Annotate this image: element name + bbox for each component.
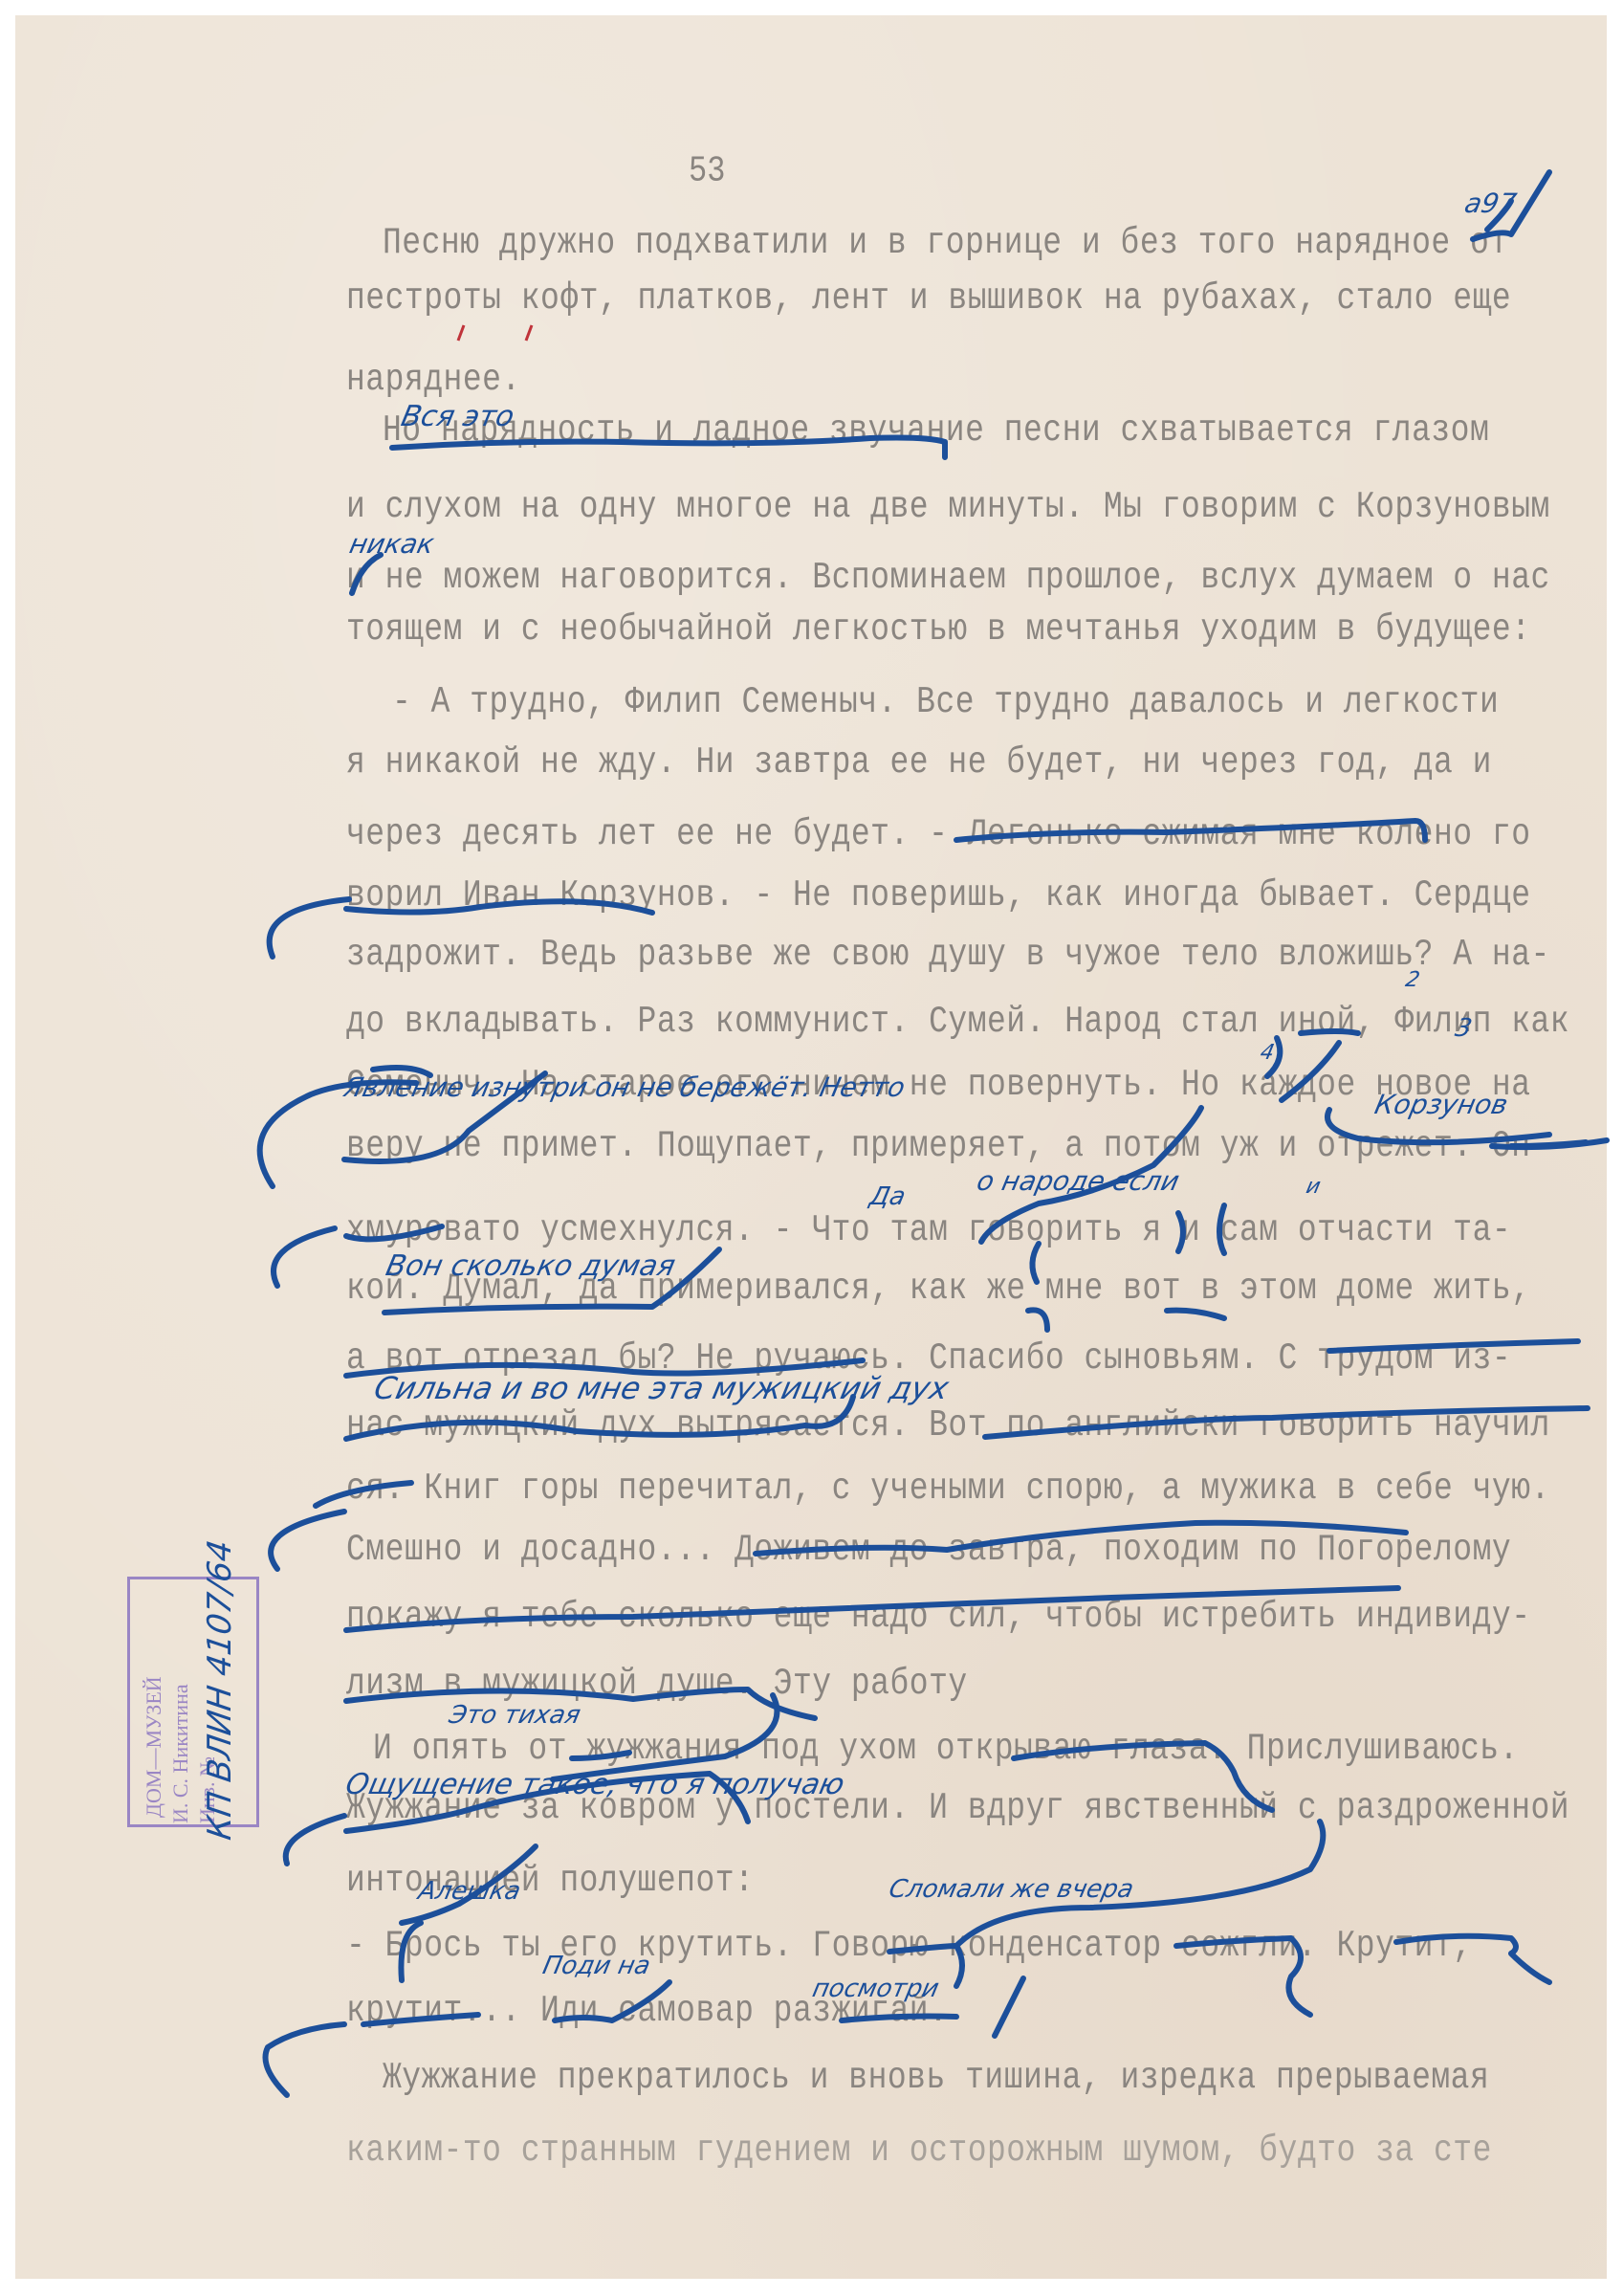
typed-line: - А трудно, Филип Семеныч. Все трудно да… (392, 681, 1499, 723)
handwritten-note: Явление изнутри он не бережёт. Нетто (340, 1071, 908, 1103)
handwritten-note: о народе если (974, 1165, 1182, 1197)
handwritten-note: Это тихая (447, 1701, 583, 1730)
stamp-line-name: И. С. Никитина (168, 1684, 193, 1823)
typed-line: ся. Книг горы перечитал, с учеными спорю… (346, 1468, 1550, 1510)
handwritten-note: Алешка (416, 1877, 523, 1906)
typed-line: покажу я тебе сколько еще надо сил, чтоб… (346, 1596, 1531, 1638)
typed-line: хмуровато усмехнулся. - Что там говорить… (346, 1209, 1511, 1251)
handwritten-note: Корзунов (1371, 1089, 1510, 1120)
typed-line: - Брось ты его крутить. Говорю конденсат… (346, 1925, 1473, 1967)
typed-line: лизм в мужицкой душе. Эту работу (346, 1663, 968, 1705)
typed-line: И опять от жужжания под ухом открываю гл… (373, 1728, 1519, 1770)
handwritten-note: Вся это (398, 400, 516, 433)
typed-line: нас мужицкий дух вытрясается. Вот по анг… (346, 1404, 1550, 1446)
typed-line: Песню дружно подхватили и в горнице и бе… (383, 222, 1509, 264)
stamp-line-museum: ДОМ—МУЗЕЙ (142, 1676, 166, 1818)
typed-line: Жужжание прекратилось и вновь тишина, из… (383, 2057, 1489, 2099)
typed-line: я никакой не жду. Ни завтра ее не будет,… (346, 741, 1492, 784)
handwritten-note: посмотри (810, 1975, 942, 2003)
typed-line: тоящем и с необычайной легкостью в мечта… (346, 608, 1531, 651)
handwritten-note: а97 (1461, 188, 1519, 219)
page-number: 53 (689, 149, 725, 191)
typed-line: веру не примет. Пощупает, примеряет, а п… (346, 1125, 1531, 1167)
handwritten-note: Сильна и во мне эта мужицкий дух (371, 1370, 952, 1406)
handwritten-note: никак (346, 528, 437, 560)
typed-line: пестроты кофт, платков, лент и вышивок н… (346, 277, 1511, 320)
handwritten-note: Поди на (540, 1952, 653, 1980)
typed-line: Смешно и досадно... Доживем до завтра, п… (346, 1529, 1511, 1571)
handwritten-note: Ощущение такое, что я получаю (342, 1768, 847, 1801)
handwritten-note: Сломали же вчера (887, 1875, 1136, 1904)
typed-line: ворил Иван Корзунов. - Не поверишь, как … (346, 874, 1531, 916)
handwritten-note: Да (867, 1182, 909, 1211)
typed-line: Но нарядность и ладное звучание песни сх… (383, 409, 1489, 452)
typed-line: и слухом на одну многое на две минуты. М… (346, 486, 1550, 528)
typed-line: каким-то странным гудением и осторожным … (346, 2130, 1492, 2172)
handwritten-note: Вон сколько думая (383, 1249, 678, 1283)
typed-line: наряднее. (346, 359, 521, 401)
typed-line: интонацией полушепот: (346, 1860, 754, 1902)
typed-line: через десять лет ее не будет. - Легонько… (346, 813, 1531, 855)
stamp-inventory-number: КП ВЛИН 4107/64 (201, 1538, 239, 1843)
typed-line: до вкладывать. Раз коммунист. Сумей. Нар… (346, 1001, 1569, 1043)
typed-line: задрожит. Ведь разьве же свою душу в чуж… (346, 934, 1550, 976)
typed-line: и не можем наговорится. Вспоминаем прошл… (346, 557, 1550, 599)
